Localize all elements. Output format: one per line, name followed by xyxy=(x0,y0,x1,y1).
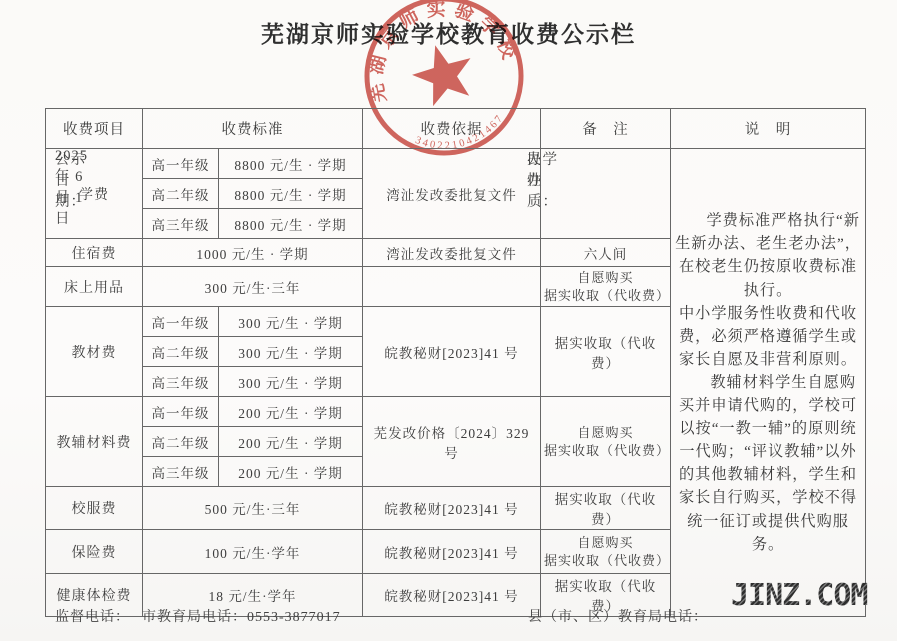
price-cell: 8800 元/生 · 学期 xyxy=(219,209,363,239)
basis-supplementary: 芜发改价格〔2024〕329 号 xyxy=(363,397,541,487)
supervision-phone-label: 监督电话： xyxy=(55,606,130,626)
col-header-item: 收费项目 xyxy=(46,109,143,149)
grade-cell: 高三年级 xyxy=(143,209,219,239)
county-bureau-phone: 县（市、区）教育局电话： xyxy=(528,606,708,626)
grade-cell: 高二年级 xyxy=(143,427,219,457)
explanation-para-2: 中小学服务性收费和代收费，必须严格遵循学生或家长自愿及非营利原则。 xyxy=(674,302,862,371)
table-header-row: 收费项目 收费标准 收费依据 备 注 说 明 xyxy=(46,109,866,149)
price-cell: 200 元/生 · 学期 xyxy=(219,427,363,457)
note-supplementary: 自愿购买 据实收取（代收费） xyxy=(541,397,671,487)
fee-name-supplementary: 教辅材料费 xyxy=(46,397,143,487)
table-row-tuition-1: 学费 高一年级 8800 元/生 · 学期 湾沚发改委批复文件 学费标准严格执行… xyxy=(46,149,866,179)
note-bedding: 自愿购买 据实收取（代收费） xyxy=(541,267,671,307)
fee-table: 收费项目 收费标准 收费依据 备 注 说 明 学费 高一年级 8800 元/生 … xyxy=(45,108,866,617)
basis-bedding-empty xyxy=(363,267,541,307)
note-insurance: 自愿购买 据实收取（代收费） xyxy=(541,530,671,574)
grade-cell: 高三年级 xyxy=(143,457,219,487)
fee-name-lodging: 住宿费 xyxy=(46,239,143,267)
fee-name-insurance: 保险费 xyxy=(46,530,143,574)
page-title: 芜湖京师实验学校教育收费公示栏 xyxy=(0,16,897,49)
note-uniform: 据实收取（代收费） xyxy=(541,487,671,530)
price-cell: 200 元/生 · 学期 xyxy=(219,397,363,427)
grade-cell: 高一年级 xyxy=(143,397,219,427)
fee-name-uniform: 校服费 xyxy=(46,487,143,530)
note-lodging: 六人间 xyxy=(541,239,671,267)
fee-name-tuition: 学费 xyxy=(46,149,143,239)
fee-name-bedding: 床上用品 xyxy=(46,267,143,307)
basis-uniform: 皖教秘财[2023]41 号 xyxy=(363,487,541,530)
grade-cell: 高一年级 xyxy=(143,149,219,179)
basis-textbook: 皖教秘财[2023]41 号 xyxy=(363,307,541,397)
note-tuition-empty xyxy=(541,149,671,239)
standard-insurance: 100 元/生·学年 xyxy=(143,530,363,574)
price-cell: 8800 元/生 · 学期 xyxy=(219,149,363,179)
note-line: 据实收取（代收费） xyxy=(544,442,667,460)
note-line: 据实收取（代收费） xyxy=(544,552,667,570)
watermark: JINZ.COM xyxy=(731,578,868,613)
standard-lodging: 1000 元/生 · 学期 xyxy=(143,239,363,267)
basis-checkup: 皖教秘财[2023]41 号 xyxy=(363,574,541,617)
price-cell: 8800 元/生 · 学期 xyxy=(219,179,363,209)
fee-name-textbook: 教材费 xyxy=(46,307,143,397)
note-line: 自愿购买 xyxy=(544,269,667,287)
col-header-explain: 说 明 xyxy=(671,109,866,149)
explanation-cell: 学费标准严格执行“新生新办法、老生老办法”，在校老生仍按原收费标准执行。 中小学… xyxy=(671,149,866,617)
grade-cell: 高一年级 xyxy=(143,307,219,337)
price-cell: 300 元/生 · 学期 xyxy=(219,367,363,397)
col-header-note: 备 注 xyxy=(541,109,671,149)
basis-tuition: 湾沚发改委批复文件 xyxy=(363,149,541,239)
price-cell: 300 元/生 · 学期 xyxy=(219,337,363,367)
note-textbook: 据实收取（代收费） xyxy=(541,307,671,397)
standard-bedding: 300 元/生·三年 xyxy=(143,267,363,307)
note-line: 据实收取（代收费） xyxy=(544,287,667,305)
col-header-basis: 收费依据 xyxy=(363,109,541,149)
price-cell: 300 元/生 · 学期 xyxy=(219,307,363,337)
basis-insurance: 皖教秘财[2023]41 号 xyxy=(363,530,541,574)
note-line: 自愿购买 xyxy=(544,424,667,442)
explanation-para-1: 学费标准严格执行“新生新办法、老生老办法”，在校老生仍按原收费标准执行。 xyxy=(674,209,862,301)
grade-cell: 高三年级 xyxy=(143,367,219,397)
grade-cell: 高二年级 xyxy=(143,337,219,367)
col-header-standard: 收费标准 xyxy=(143,109,363,149)
basis-lodging: 湾沚发改委批复文件 xyxy=(363,239,541,267)
grade-cell: 高二年级 xyxy=(143,179,219,209)
fee-notice-document: 芜湖京师实验学校教育收费公示栏 公示日期：2025 年 6 月 1 日 办学性质… xyxy=(0,0,897,641)
price-cell: 200 元/生 · 学期 xyxy=(219,457,363,487)
explanation-para-3: 教辅材料学生自愿购买并申请代购的，学校可以按“一教一辅”的原则统一代购；“评议教… xyxy=(674,371,862,556)
city-bureau-phone: 市教育局电话：0553-3877017 xyxy=(142,606,341,626)
standard-uniform: 500 元/生·三年 xyxy=(143,487,363,530)
note-line: 自愿购买 xyxy=(544,534,667,552)
